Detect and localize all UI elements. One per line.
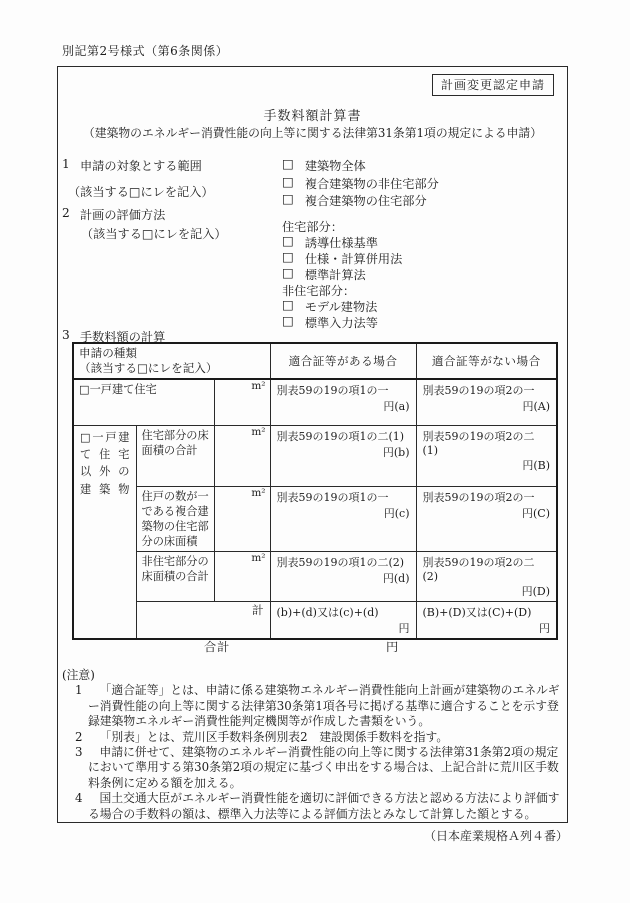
fee-cell-D: 別表59の19の項2の二(2) 円(D) <box>416 552 557 602</box>
fee-amount: 円(D) <box>423 583 551 599</box>
fee-cell-c: 別表59の19の項1の一 円(c) <box>270 486 416 551</box>
checkbox-icon: □ <box>282 175 294 189</box>
notes-title: (注意) <box>62 668 567 683</box>
fee-amount: 円(B) <box>423 457 551 473</box>
non-detached-category-label: □一戸建 て住宅 以外の 建築物 <box>73 425 136 639</box>
fee-amount: 円 <box>277 620 410 636</box>
section-hint: （該当する□にレを記入） <box>81 225 282 242</box>
fee-cell-a: 別表59の19の項1の一 円(a) <box>270 379 416 425</box>
fee-reference: 別表59の19の項2の一 <box>423 382 551 398</box>
option-label: 建築物全体 <box>305 157 366 174</box>
header-without-certificate: 適合証等がない場合 <box>416 343 557 379</box>
non-residential-floor-label: 非住宅部分の 床面積の合計 <box>136 552 214 602</box>
section-title: 申請の対象とする範囲 <box>80 157 202 174</box>
section-hint: （該当する□にレを記入） <box>68 183 282 200</box>
fee-amount: 円(a) <box>277 398 410 414</box>
residential-floor-label: 住宅部分の床 面積の合計 <box>136 425 214 486</box>
grand-total-label: 合計 <box>204 638 230 655</box>
fee-reference: 別表59の19の項1の一 <box>277 382 410 398</box>
note-item-2: 2「別表」とは、荒川区手数料条例別表2 建設関係手数料を指す。 <box>62 730 567 745</box>
option-label: 標準入力法等 <box>305 314 378 331</box>
notes-section: (注意) 1「適合証等」とは、申請に係る建築物エネルギー消費性能向上計画が建築物… <box>62 668 567 822</box>
section-number: 1 <box>62 157 80 174</box>
section-title: 計画の評価方法 <box>80 206 165 223</box>
fee-table: 申請の種類 （該当する□にレを記入） 適合証等がある場合 適合証等がない場合 □… <box>72 342 558 640</box>
fee-amount: 円(c) <box>277 505 410 521</box>
table-header-row: 申請の種類 （該当する□にレを記入） 適合証等がある場合 適合証等がない場合 <box>73 343 557 379</box>
subtotal-formula: (b)+(d)又は(c)+(d) <box>277 604 410 620</box>
paper-size-label: （日本産業規格Ａ列４番） <box>424 827 568 844</box>
row-detached-house: □一戸建て住宅 m² 別表59の19の項1の一 円(a) 別表59の19の項2の… <box>73 379 557 425</box>
group-label-residential: 住宅部分： <box>282 218 402 234</box>
header-with-certificate: 適合証等がある場合 <box>270 343 416 379</box>
note-number: 2 <box>75 730 83 744</box>
subtotal-without-cert: (B)+(D)又は(C)+(D) 円 <box>416 602 557 640</box>
fee-amount: 円(b) <box>277 444 410 475</box>
checkbox-icon: □ <box>282 234 294 248</box>
form-title: 手数料額計算書 <box>58 105 567 124</box>
grand-total-unit: 円 <box>386 638 398 655</box>
checkbox-icon: □ <box>282 298 294 312</box>
checkbox-icon: □ <box>282 314 294 328</box>
option-standard-calc: □ 標準計算法 <box>282 266 402 282</box>
document-page: 別記第2号様式（第6条関係） 計画変更認定申請 手数料額計算書 （建築物のエネル… <box>0 0 630 903</box>
option-label: 仕様・計算併用法 <box>305 250 403 267</box>
fee-reference: 別表59の19の項1の二(1) <box>277 428 410 444</box>
subtotal-with-cert: (b)+(d)又は(c)+(d) 円 <box>270 602 416 640</box>
option-label: 誘導仕様基準 <box>305 234 378 251</box>
note-number: 4 <box>75 791 83 805</box>
note-item-1: 1「適合証等」とは、申請に係る建築物エネルギー消費性能向上計画が建築物のエネルギ… <box>62 683 567 729</box>
application-type-stamp: 計画変更認定申請 <box>432 74 554 96</box>
option-standard-input: □ 標準入力法等 <box>282 314 402 330</box>
fee-amount: 円 <box>423 620 551 636</box>
option-label: 複合建築物の非住宅部分 <box>305 175 439 192</box>
form-id-label: 別記第2号様式（第6条関係） <box>62 42 228 59</box>
option-induced-spec-standard: □ 誘導仕様基準 <box>282 234 402 250</box>
fee-amount: 円(C) <box>423 505 551 521</box>
fee-cell-A: 別表59の19の項2の一 円(A) <box>416 379 557 425</box>
note-number: 1 <box>75 683 83 697</box>
area-unit: m² <box>214 552 270 602</box>
fee-cell-B: 別表59の19の項2の二(1) 円(B) <box>416 425 557 486</box>
group-label-non-residential: 非住宅部分： <box>282 282 402 298</box>
row-single-unit-complex: 住戸の数が一 である複合建 築物の住宅部 分の床面積 m² 別表59の19の項1… <box>73 486 557 551</box>
section-application-scope: 1 申請の対象とする範囲 （該当する□にレを記入） □ 建築物全体 □ 複合建築… <box>62 157 439 210</box>
fee-cell-d: 別表59の19の項1の二(2) 円(d) <box>270 552 416 602</box>
note-number: 3 <box>75 745 83 759</box>
section-number: 2 <box>62 206 80 223</box>
fee-reference: 別表59の19の項1の一 <box>277 489 410 505</box>
row-residential-floor-area: □一戸建 て住宅 以外の 建築物 住宅部分の床 面積の合計 m² 別表59の19… <box>73 425 557 486</box>
option-label: モデル建物法 <box>305 298 378 315</box>
area-unit: m² <box>214 379 270 425</box>
fee-amount: 円(d) <box>277 570 410 586</box>
row-subtotal: 計 (b)+(d)又は(c)+(d) 円 (B)+(D)又は(C)+(D) 円 <box>73 602 557 640</box>
checkbox-icon: □ <box>282 192 294 206</box>
option-spec-calc-combined: □ 仕様・計算併用法 <box>282 250 402 266</box>
form-border-box: 計画変更認定申請 手数料額計算書 （建築物のエネルギー消費性能の向上等に関する法… <box>57 66 568 823</box>
fee-reference: 別表59の19の項2の二(2) <box>423 554 551 583</box>
area-unit: m² <box>214 486 270 551</box>
checkbox-icon: □ <box>282 157 294 171</box>
note-text: 申請に併せて、建築物のエネルギー消費性能の向上等に関する法律第31条第2項の規定… <box>88 745 559 790</box>
fee-reference: 別表59の19の項2の二(1) <box>423 428 551 457</box>
note-item-3: 3申請に併せて、建築物のエネルギー消費性能の向上等に関する法律第31条第2項の規… <box>62 745 567 791</box>
subtotal-label: 計 <box>136 602 270 640</box>
form-subtitle: （建築物のエネルギー消費性能の向上等に関する法律第31条第1項の規定による申請） <box>58 124 567 141</box>
note-text: 「別表」とは、荒川区手数料条例別表2 建設関係手数料を指す。 <box>100 730 449 744</box>
note-text: 「適合証等」とは、申請に係る建築物エネルギー消費性能向上計画が建築物のエネルギー… <box>88 683 560 728</box>
fee-cell-b: 別表59の19の項1の二(1) 円(b) <box>270 425 416 486</box>
fee-reference: 別表59の19の項2の一 <box>423 489 551 505</box>
row-non-residential-floor-area: 非住宅部分の 床面積の合計 m² 別表59の19の項1の二(2) 円(d) 別表… <box>73 552 557 602</box>
fee-amount: 円(A) <box>423 398 551 414</box>
single-unit-label: 住戸の数が一 である複合建 築物の住宅部 分の床面積 <box>136 486 214 551</box>
note-item-4: 4国土交通大臣がエネルギー消費性能を適切に評価できる方法と認める方法により評価す… <box>62 791 567 822</box>
option-whole-building: □ 建築物全体 <box>282 157 439 175</box>
checkbox-icon: □ <box>282 266 294 280</box>
option-model-building: □ モデル建物法 <box>282 298 402 314</box>
subtotal-formula: (B)+(D)又は(C)+(D) <box>423 604 551 620</box>
checkbox-icon: □ <box>282 250 294 264</box>
fee-reference: 別表59の19の項1の二(2) <box>277 554 410 570</box>
fee-cell-C: 別表59の19の項2の一 円(C) <box>416 486 557 551</box>
note-text: 国土交通大臣がエネルギー消費性能を適切に評価できる方法と認める方法により評価する… <box>88 791 560 820</box>
header-application-type: 申請の種類 （該当する□にレを記入） <box>73 343 270 379</box>
area-unit: m² <box>214 425 270 486</box>
section-evaluation-method: 2 計画の評価方法 （該当する□にレを記入） 住宅部分： □ 誘導仕様基準 □ … <box>62 206 402 330</box>
option-label: 標準計算法 <box>305 266 366 283</box>
option-nonresidential-part: □ 複合建築物の非住宅部分 <box>282 175 439 193</box>
detached-house-label: □一戸建て住宅 <box>73 379 214 425</box>
